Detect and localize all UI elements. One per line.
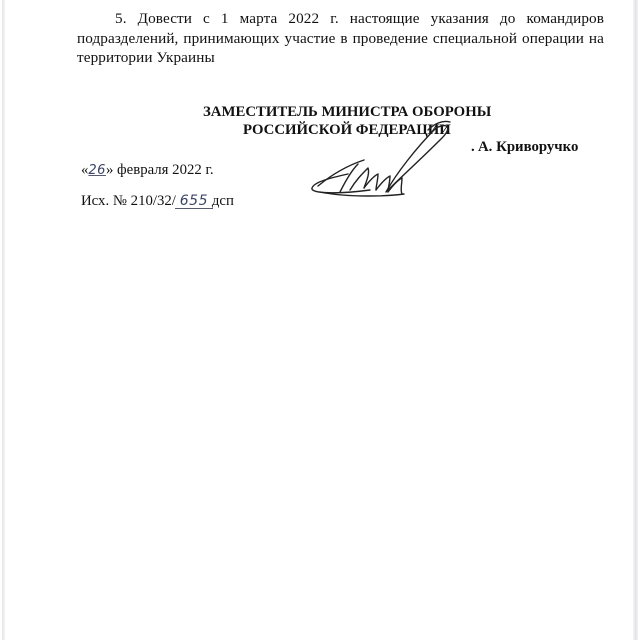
date-day-handwritten: 26 — [88, 163, 106, 178]
paragraph-line-1: 5. Довести с 1 марта 2022 г. настоящие у… — [115, 10, 604, 27]
document-date: «26» февраля 2022 г. — [81, 162, 214, 179]
page-edge-right — [633, 0, 638, 640]
page-edge-left — [2, 0, 5, 640]
paragraph-5: 5. Довести с 1 марта 2022 г. настоящие у… — [77, 9, 604, 68]
signer-prefix-mark: . — [471, 139, 475, 156]
signer-name-text: А. Криворучко — [478, 139, 578, 155]
signer-name: . А. Криворучко — [478, 139, 578, 156]
outgoing-number: Исх. № 210/32/655дсп — [81, 193, 234, 210]
outgoing-suffix: дсп — [212, 193, 234, 209]
paragraph-line-3: территории Украины — [77, 49, 215, 66]
outgoing-prefix: Исх. № 210/32/ — [81, 193, 176, 209]
document-page: 5. Довести с 1 марта 2022 г. настоящие у… — [0, 0, 640, 640]
outgoing-number-handwritten: 655 — [175, 194, 213, 209]
handwritten-signature-icon — [300, 108, 460, 200]
paragraph-line-2: подразделений, принимающих участие в про… — [77, 30, 604, 47]
date-month-year: февраля 2022 г. — [113, 162, 213, 178]
